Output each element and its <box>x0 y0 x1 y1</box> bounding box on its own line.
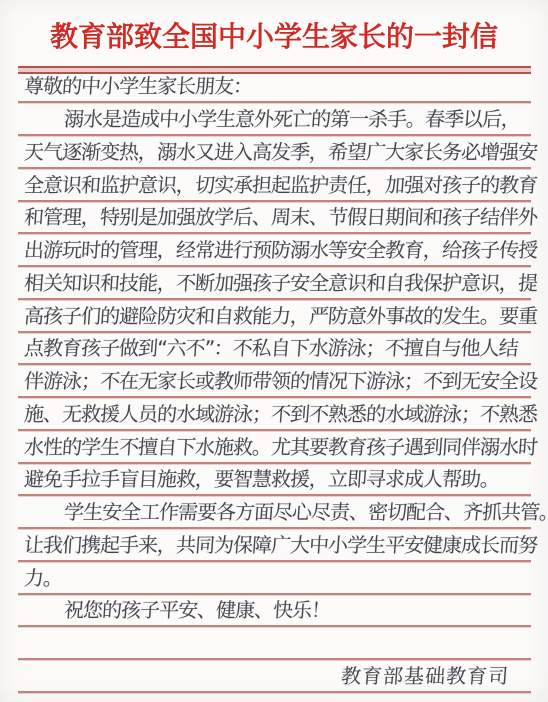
letter-line: 天气逐渐变热，溺水又进入高发季，希望广大家长务必增强安 <box>18 136 531 169</box>
letter-line: 祝您的孩子平安、健康、快乐！ <box>18 595 531 628</box>
letter-line: 尊敬的中小学生家长朋友： <box>18 71 531 104</box>
letter-line-text: 水性的学生不擅自下水施救。尤其要教育孩子遇到同伴溺水时 <box>17 434 538 462</box>
letter-line-text: 点教育孩子做到“六不”：不私自下水游泳；不擅自与他人结 <box>17 335 519 363</box>
letter-line: 施、无救援人员的水域游泳；不到不熟悉的水域游泳；不熟悉 <box>18 398 531 431</box>
letter-line: 溺水是造成中小学生意外死亡的第一杀手。春季以后， <box>18 103 531 136</box>
letter-title: 教育部致全国中小学生家长的一封信 <box>0 19 548 55</box>
letter-body: 尊敬的中小学生家长朋友：溺水是造成中小学生意外死亡的第一杀手。春季以后，天气逐渐… <box>18 71 531 693</box>
letter-line-text: 施、无救援人员的水域游泳；不到不熟悉的水域游泳；不熟悉 <box>17 401 538 429</box>
letter-line: 高孩子们的避险防灾和自救能力，严防意外事故的发生。要重 <box>18 300 531 333</box>
letter-line-text: 伴游泳；不在无家长或教师带领的情况下游泳；不到无安全设 <box>17 368 538 396</box>
letter-line-text: 相关知识和技能，不断加强孩子安全意识和自我保护意识，提 <box>17 270 538 298</box>
letter-line: 相关知识和技能，不断加强孩子安全意识和自我保护意识，提 <box>18 267 531 300</box>
letter-line-text: 学生安全工作需要各方面尽心尽责、密切配合、齐抓共管。 <box>17 499 548 527</box>
letter-line: 和管理，特别是加强放学后、周末、节假日期间和孩子结伴外 <box>18 202 531 235</box>
letter-line-text: 尊敬的中小学生家长朋友： <box>17 73 253 101</box>
letter-line: 让我们携起手来，共同为保障广大中小学生平安健康成长而努 <box>18 529 531 562</box>
blank-line <box>18 627 531 660</box>
letter-line-text: 力。 <box>17 565 63 593</box>
letter-line: 水性的学生不擅自下水施救。尤其要教育孩子遇到同伴溺水时 <box>18 431 531 464</box>
letter-line: 出游玩时的管理，经常进行预防溺水等安全教育，给孩子传授 <box>18 234 531 267</box>
letter-line-text: 高孩子们的避险防灾和自救能力，严防意外事故的发生。要重 <box>17 303 538 331</box>
letter-line-text: 天气逐渐变热，溺水又进入高发季，希望广大家长务必增强安 <box>17 139 538 167</box>
letter-line-text: 祝您的孩子平安、健康、快乐！ <box>17 597 331 625</box>
letter-line-text: 和管理，特别是加强放学后、周末、节假日期间和孩子结伴外 <box>17 204 538 232</box>
letter-line: 力。 <box>18 562 531 595</box>
signature-text: 教育部基础教育司 <box>334 663 532 691</box>
letter-line: 全意识和监护意识，切实承担起监护责任，加强对孩子的教育 <box>18 169 531 202</box>
letter-line-text: 避免手拉手盲目施救，要智慧救援，立即寻求成人帮助。 <box>17 466 500 494</box>
letter-line: 避免手拉手盲目施救，要智慧救援，立即寻求成人帮助。 <box>18 464 531 497</box>
letter-line-text: 让我们携起手来，共同为保障广大中小学生平安健康成长而努 <box>17 532 538 560</box>
letter-line-text: 全意识和监护意识，切实承担起监护责任，加强对孩子的教育 <box>17 172 538 200</box>
letter-line-text: 出游玩时的管理，经常进行预防溺水等安全教育，给孩子传授 <box>17 237 538 265</box>
letter-line-text: 溺水是造成中小学生意外死亡的第一杀手。春季以后， <box>17 106 521 134</box>
letter-line: 学生安全工作需要各方面尽心尽责、密切配合、齐抓共管。 <box>18 496 531 529</box>
letter-line: 点教育孩子做到“六不”：不私自下水游泳；不擅自与他人结 <box>18 333 531 366</box>
signature-line: 教育部基础教育司 <box>18 660 531 693</box>
letter-page: 教育部致全国中小学生家长的一封信 尊敬的中小学生家长朋友：溺水是造成中小学生意外… <box>0 0 548 702</box>
letter-line: 伴游泳；不在无家长或教师带领的情况下游泳；不到无安全设 <box>18 365 531 398</box>
letter-line-text <box>18 656 24 658</box>
